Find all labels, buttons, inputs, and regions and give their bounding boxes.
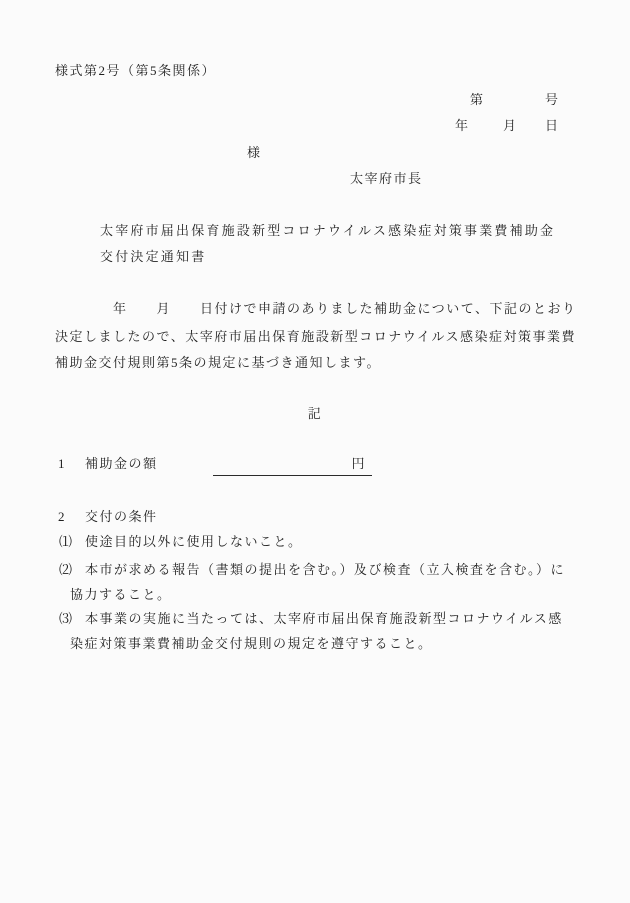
subsidy-amount-blank-field: 円 [213,456,372,476]
document-page: 様式第2号（第5条関係） 第 号 年 月 日 様 太宰府市長 太宰府市届出保育施… [0,0,630,903]
subsidy-amount-label: 補助金の額 [85,456,158,471]
condition-2-text: 本市が求める報告（書類の提出を含む。）及び検査（立入検査を含む。）に [85,562,565,577]
body-paragraph-line-3: 補助金交付規則第5条の規定に基づき通知します。 [55,356,381,369]
date-month-label: 月 [503,119,518,132]
subsidy-amount-unit: 円 [351,456,366,471]
condition-3-number: ⑶ [59,612,85,625]
subsidy-amount-number: 1 [58,457,85,470]
condition-1-number: ⑴ [59,535,85,548]
sender-name: 太宰府市長 [350,172,423,185]
form-number: 様式第2号（第5条関係） [55,64,216,77]
body-paragraph-line-1: 年 月 日付けで申請のありました補助金について、下記のとおり [55,302,576,315]
condition-2-line-2: 協力すること。 [70,588,172,601]
doc-number-suffix: 号 [545,93,560,106]
condition-3-text: 本事業の実施に当たっては、太宰府市届出保育施設新型コロナウイルス感 [85,611,563,626]
conditions-heading-row: 2交付の条件 [58,510,158,523]
addressee-honorific: 様 [247,146,262,159]
doc-number-prefix: 第 [470,93,485,106]
document-title-line-2: 交付決定通知書 [100,250,206,263]
document-title-line-1: 太宰府市届出保育施設新型コロナウイルス感染症対策事業費補助金 [100,224,555,237]
date-day-label: 日 [545,119,560,132]
condition-2-line-1: ⑵本市が求める報告（書類の提出を含む。）及び検査（立入検査を含む。）に [59,563,565,576]
subsidy-amount-row: 1補助金の額 [58,457,158,470]
body-paragraph-line-2: 決定しましたので、太宰府市届出保育施設新型コロナウイルス感染症対策事業費 [55,330,576,343]
record-mark: 記 [0,407,630,420]
conditions-number: 2 [58,510,85,523]
condition-2-number: ⑵ [59,563,85,576]
conditions-label: 交付の条件 [85,509,158,524]
date-year-label: 年 [455,119,470,132]
condition-3-line-2: 染症対策事業費補助金交付規則の規定を遵守すること。 [70,637,433,650]
condition-1-text: 使途目的以外に使用しないこと。 [85,534,303,549]
condition-1-line-1: ⑴使途目的以外に使用しないこと。 [59,535,303,548]
condition-3-line-1: ⑶本事業の実施に当たっては、太宰府市届出保育施設新型コロナウイルス感 [59,612,563,625]
